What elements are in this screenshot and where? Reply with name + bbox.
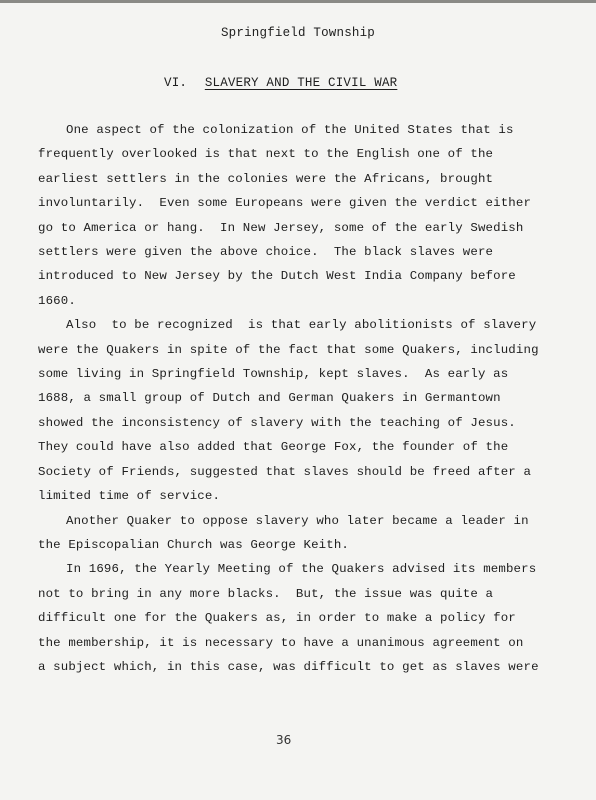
text-line: not to bring in any more blacks. But, th…	[38, 582, 568, 606]
text-line: frequently overlooked is that next to th…	[38, 142, 568, 166]
text-line: settlers were given the above choice. Th…	[38, 240, 568, 264]
running-header: Springfield Township	[0, 26, 596, 40]
chapter-title: SLAVERY AND THE CIVIL WAR	[205, 76, 398, 90]
text-line: Society of Friends, suggested that slave…	[38, 460, 568, 484]
page-number: 36	[276, 733, 291, 747]
text-line: the membership, it is necessary to have …	[38, 631, 568, 655]
text-line: were the Quakers in spite of the fact th…	[38, 338, 568, 362]
text-line: 1688, a small group of Dutch and German …	[38, 386, 568, 410]
text-line: go to America or hang. In New Jersey, so…	[38, 216, 568, 240]
chapter-number: VI.	[164, 76, 187, 90]
text-line: difficult one for the Quakers as, in ord…	[38, 606, 568, 630]
text-line: limited time of service.	[38, 484, 568, 508]
text-line: Another Quaker to oppose slavery who lat…	[38, 509, 568, 533]
text-line: earliest settlers in the colonies were t…	[38, 167, 568, 191]
chapter-heading: VI. SLAVERY AND THE CIVIL WAR	[164, 76, 397, 90]
text-line: involuntarily. Even some Europeans were …	[38, 191, 568, 215]
paragraph: One aspect of the colonization of the Un…	[38, 118, 568, 313]
text-line: showed the inconsistency of slavery with…	[38, 411, 568, 435]
text-line: They could have also added that George F…	[38, 435, 568, 459]
paragraph: Another Quaker to oppose slavery who lat…	[38, 509, 568, 558]
text-line: 1660.	[38, 289, 568, 313]
text-line: One aspect of the colonization of the Un…	[38, 118, 568, 142]
text-line: introduced to New Jersey by the Dutch We…	[38, 264, 568, 288]
text-line: Also to be recognized is that early abol…	[38, 313, 568, 337]
text-line: the Episcopalian Church was George Keith…	[38, 533, 568, 557]
paragraph: Also to be recognized is that early abol…	[38, 313, 568, 508]
paragraph: In 1696, the Yearly Meeting of the Quake…	[38, 557, 568, 679]
text-line: a subject which, in this case, was diffi…	[38, 655, 568, 679]
text-line: In 1696, the Yearly Meeting of the Quake…	[38, 557, 568, 581]
body-text: One aspect of the colonization of the Un…	[38, 118, 568, 679]
text-line: some living in Springfield Township, kep…	[38, 362, 568, 386]
